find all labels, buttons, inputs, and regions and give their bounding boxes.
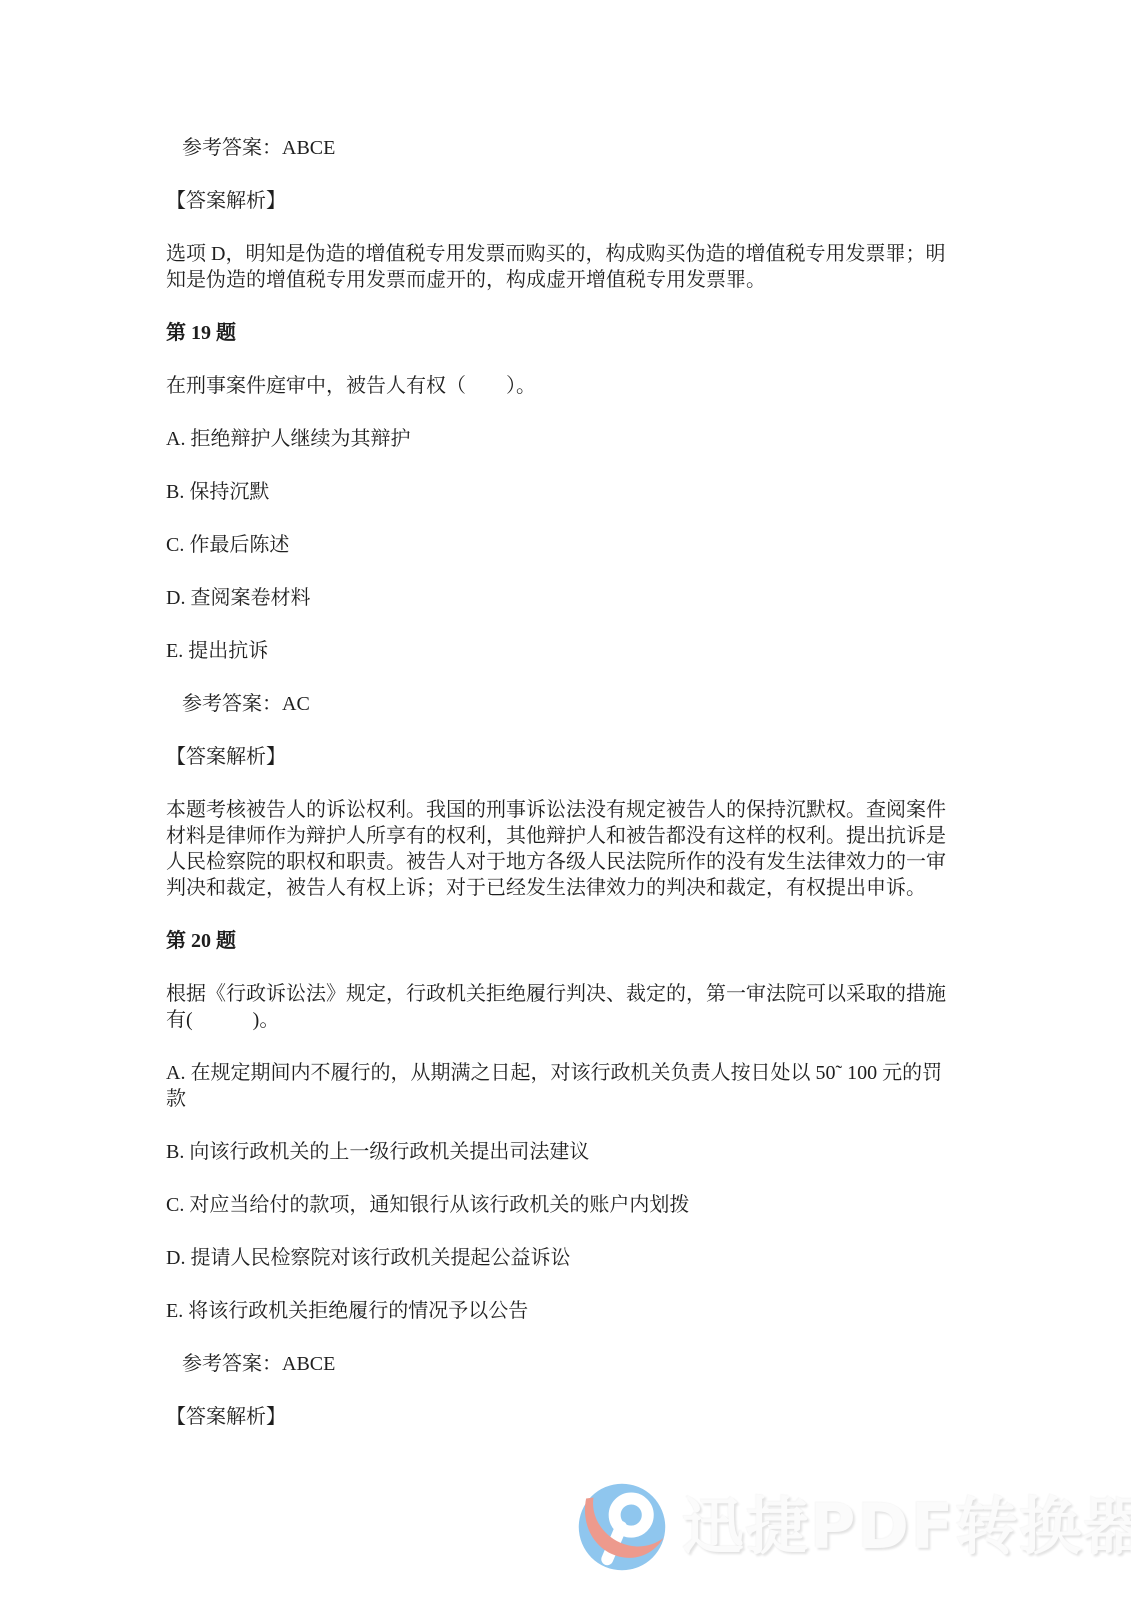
option-line: A. 在规定期间内不履行的，从期满之日起，对该行政机关负责人按日处以 50˜ 1… (166, 1060, 1016, 1086)
watermark-text: 迅捷PDF转换器 (682, 1481, 1131, 1573)
q19-option-c: C. 作最后陈述 (166, 532, 1016, 558)
q19-option-b: B. 保持沉默 (166, 479, 1016, 505)
q19-title: 第 19 题 (166, 320, 1016, 346)
paragraph-line: 材料是律师作为辩护人所享有的权利，其他辩护人和被告都没有这样的权利。提出抗诉是 (166, 823, 1016, 849)
document-content: 参考答案：ABCE 【答案解析】 选项 D，明知是伪造的增值税专用发票而购买的，… (166, 135, 1016, 1457)
q19-stem: 在刑事案件庭审中，被告人有权（ ）。 (166, 373, 1016, 399)
q20-option-a: A. 在规定期间内不履行的，从期满之日起，对该行政机关负责人按日处以 50˜ 1… (166, 1060, 1016, 1112)
q19-analysis-paragraph: 本题考核被告人的诉讼权利。我国的刑事诉讼法没有规定被告人的保持沉默权。查阅案件 … (166, 797, 1016, 901)
q18-reference-answer: 参考答案：ABCE (166, 135, 1016, 161)
q20-stem: 根据《行政诉讼法》规定，行政机关拒绝履行判决、裁定的，第一审法院可以采取的措施 … (166, 981, 1016, 1033)
q20-option-e: E. 将该行政机关拒绝履行的情况予以公告 (166, 1298, 1016, 1324)
stem-line: 有( )。 (166, 1007, 1016, 1033)
paragraph-line: 判决和裁定，被告人有权上诉；对于已经发生法律效力的判决和裁定，有权提出申诉。 (166, 875, 1016, 901)
paragraph-line: 人民检察院的职权和职责。被告人对于地方各级人民法院所作的没有发生法律效力的一审 (166, 849, 1016, 875)
q19-option-d: D. 查阅案卷材料 (166, 585, 1016, 611)
paragraph-line: 知是伪造的增值税专用发票而虚开的，构成虚开增值税专用发票罪。 (166, 267, 1016, 293)
q19-option-e: E. 提出抗诉 (166, 638, 1016, 664)
xunjie-pdf-converter-logo (576, 1481, 668, 1573)
q18-analysis-title: 【答案解析】 (166, 188, 1016, 214)
q19-option-a: A. 拒绝辩护人继续为其辩护 (166, 426, 1016, 452)
paragraph-line: 本题考核被告人的诉讼权利。我国的刑事诉讼法没有规定被告人的保持沉默权。查阅案件 (166, 797, 1016, 823)
document-page: 参考答案：ABCE 【答案解析】 选项 D，明知是伪造的增值税专用发票而购买的，… (0, 0, 1131, 1600)
q20-option-b: B. 向该行政机关的上一级行政机关提出司法建议 (166, 1139, 1016, 1165)
q20-analysis-title: 【答案解析】 (166, 1404, 1016, 1430)
option-line: 款 (166, 1086, 1016, 1112)
q20-reference-answer: 参考答案：ABCE (166, 1351, 1016, 1377)
q19-reference-answer: 参考答案：AC (166, 691, 1016, 717)
q20-option-c: C. 对应当给付的款项，通知银行从该行政机关的账户内划拨 (166, 1192, 1016, 1218)
q20-option-d: D. 提请人民检察院对该行政机关提起公益诉讼 (166, 1245, 1016, 1271)
watermark: 迅捷PDF转换器 (576, 1481, 1131, 1573)
q20-title: 第 20 题 (166, 928, 1016, 954)
q18-analysis-paragraph: 选项 D，明知是伪造的增值税专用发票而购买的，构成购买伪造的增值税专用发票罪；明… (166, 241, 1016, 293)
stem-line: 根据《行政诉讼法》规定，行政机关拒绝履行判决、裁定的，第一审法院可以采取的措施 (166, 981, 1016, 1007)
q19-analysis-title: 【答案解析】 (166, 744, 1016, 770)
paragraph-line: 选项 D，明知是伪造的增值税专用发票而购买的，构成购买伪造的增值税专用发票罪；明 (166, 241, 1016, 267)
